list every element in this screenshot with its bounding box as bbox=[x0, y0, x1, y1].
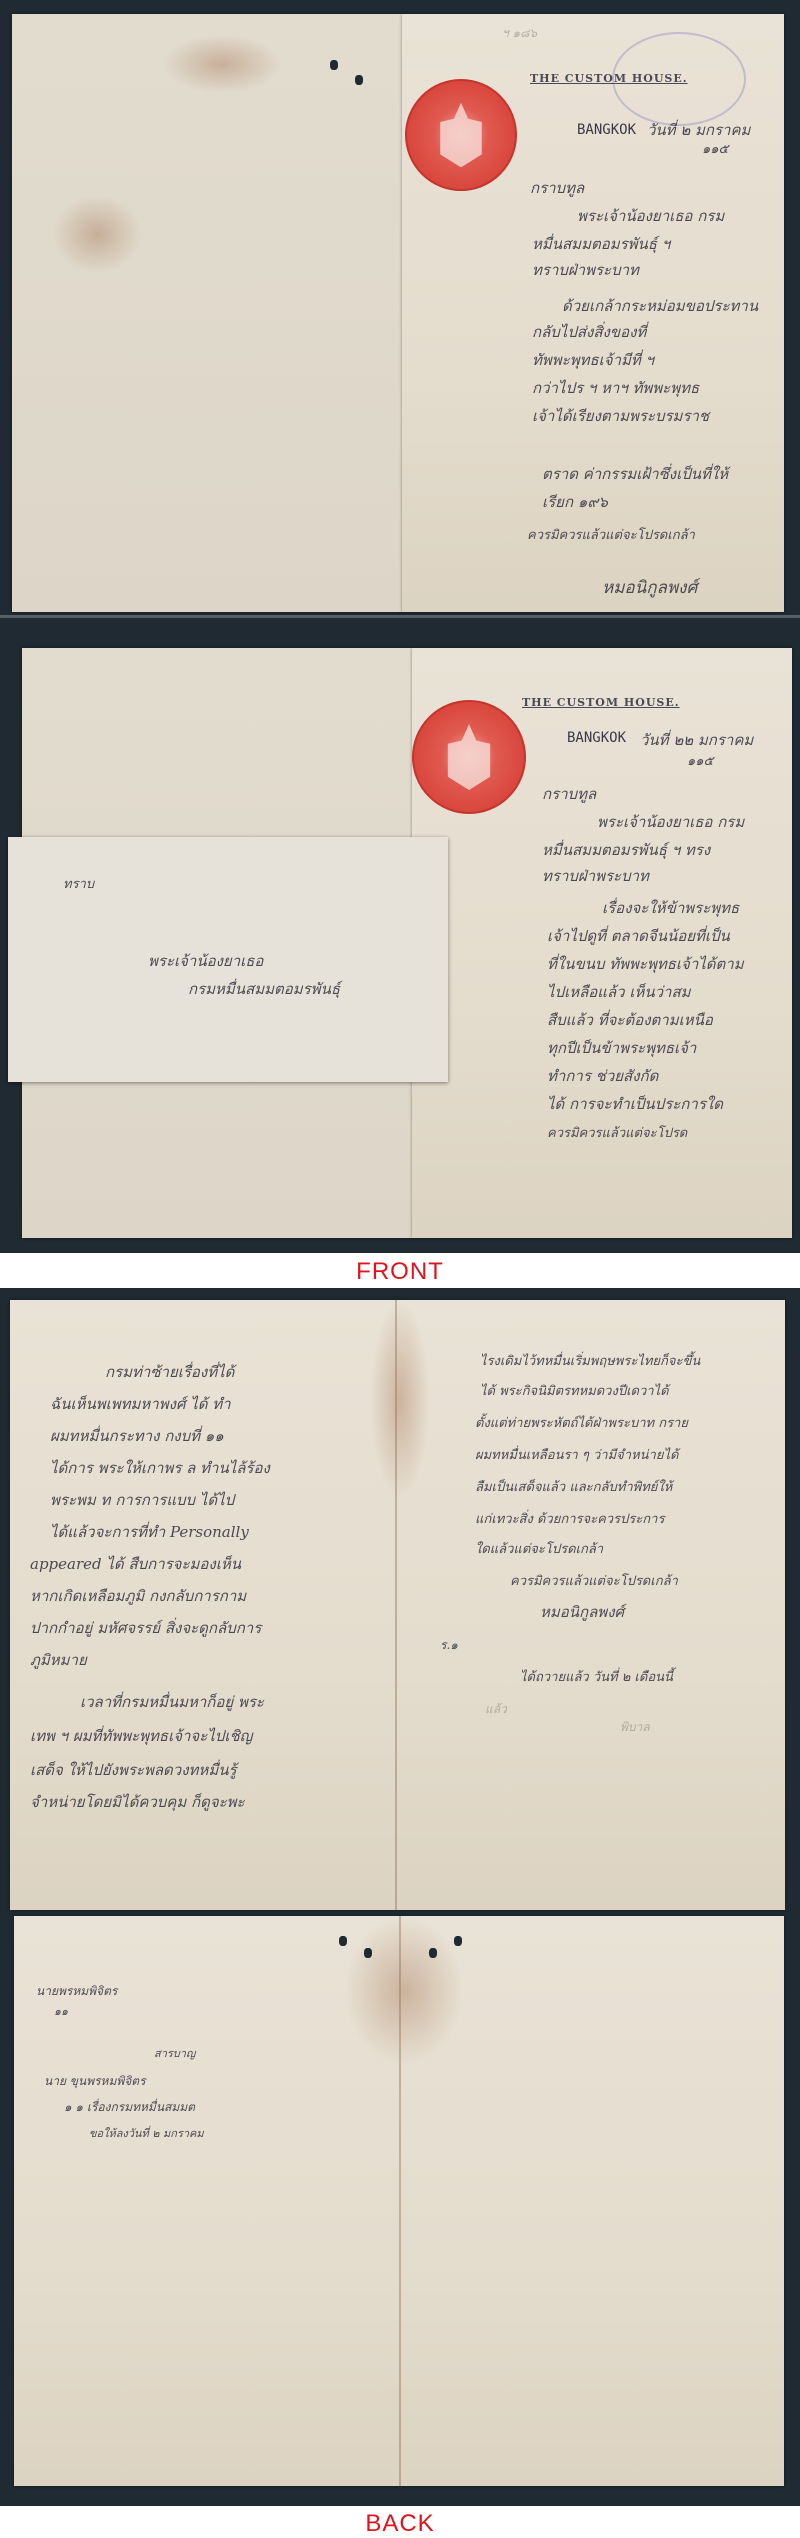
back-lower-sheet: นายพรหมพิจิตร ๑๑ สารบาญ นาย ขุนพรหมพิจิต… bbox=[14, 1916, 784, 2486]
city: BANGKOK bbox=[577, 122, 636, 138]
back-left-line: appeared ได้ สืบการจะมองเห็น bbox=[30, 1552, 241, 1576]
back-label: BACK bbox=[0, 2512, 800, 2536]
back-left-line: เวลาที่กรมหมื่นมหาก็อยู่ พระ bbox=[80, 1690, 264, 1714]
crest-icon bbox=[431, 103, 490, 168]
body-line: กลับไปส่งสิ่งของที่ bbox=[532, 320, 646, 344]
body-line: หมื่นสมมตอมรพันธุ์ ฯ ทรง bbox=[542, 838, 710, 862]
royal-seal bbox=[405, 79, 517, 191]
body-line: ตราด ค่ากรรมเฝ้าซึ่งเป็นที่ให้ bbox=[542, 462, 728, 486]
crest-icon bbox=[439, 724, 500, 790]
back-photo: กรมท่าซ้ายเรื่องที่ได้ ฉันเห็นพเพทมหาพงศ… bbox=[0, 1288, 800, 2506]
faint-text: พิบาล bbox=[620, 1718, 650, 1737]
back-right-line: แก่เทวะสิ่ง ด้วยการจะควรประการ bbox=[475, 1508, 664, 1529]
body-line: ทุกปีเป็นข้าพระพุทธเจ้า bbox=[547, 1036, 696, 1060]
back-left-line: ปากกำอยู่ มหัศจรรย์ สิ่งจะดูกลับการ bbox=[30, 1616, 261, 1640]
back-right-line: ไรงเดิมไว้ทหมื่นเริ่มพฤษพระไทยก็จะขึ้น bbox=[480, 1350, 700, 1371]
sleeve-edge bbox=[0, 615, 800, 618]
body-line: เรียก ๑๙๖ bbox=[542, 490, 608, 514]
body-line: ด้วยเกล้ากระหม่อมขอประทาน bbox=[562, 294, 758, 318]
back-left-line: ได้การ พระให้เกาพร ล ทำนไล้ร้อง bbox=[50, 1456, 270, 1480]
body-line: เจ้าได้เรียงตามพระบรมราช bbox=[532, 404, 709, 428]
back-left-line: กรมท่าซ้ายเรื่องที่ได้ bbox=[105, 1360, 234, 1384]
letter1-left-page bbox=[12, 14, 402, 612]
body-line: พระเจ้าน้องยาเธอ กรม bbox=[597, 810, 744, 834]
binding-hole bbox=[339, 1936, 347, 1946]
back-right-line: ลืมเป็นเสด็จแล้ว และกลับทำพิทย์ให้ bbox=[475, 1476, 672, 1497]
binding-hole bbox=[330, 60, 338, 70]
back-left-line: จำหน่ายโดยมิได้ควบคุม ก็ดูจะพะ bbox=[30, 1790, 245, 1814]
back-left-line: ผมทหมื่นกระทาง กงบที่ ๑๑ bbox=[50, 1424, 224, 1448]
binding-hole bbox=[454, 1936, 462, 1946]
body-line: สืบแล้ว ที่จะต้องตามเหนือ bbox=[547, 1008, 713, 1032]
back-left-line: เทพ ฯ ผมที่ทัพพะพุทธเจ้าจะไปเชิญ bbox=[30, 1724, 252, 1748]
year: ๑๑๕ bbox=[702, 138, 728, 159]
closing: ควรมิควรแล้วแต่จะโปรดเกล้า bbox=[527, 524, 695, 545]
back-closing: ควรมิควรแล้วแต่จะโปรดเกล้า bbox=[510, 1570, 678, 1591]
front-label: FRONT bbox=[0, 1260, 800, 1284]
envelope-line1: พระเจ้าน้องยาเธอ bbox=[148, 949, 263, 973]
lower-line: นายพรหมพิจิตร bbox=[36, 1982, 117, 2001]
body-line: ที่ในขนบ ทัพพะพุทธเจ้าได้ตาม bbox=[547, 952, 744, 976]
back-left-line: ได้แล้วจะการที่ทำ Personally bbox=[50, 1520, 249, 1544]
binding-hole bbox=[364, 1948, 372, 1958]
date-text: วันที่ ๒ มกราคม bbox=[647, 118, 750, 142]
year: ๑๑๕ bbox=[687, 750, 713, 771]
body-line: ไปเหลือแล้ว เห็นว่าสม bbox=[547, 980, 691, 1004]
letter1-right-page: ฯ ๑๘๖ THE CUSTOM HOUSE. BANGKOK วันที่ ๒… bbox=[402, 14, 784, 612]
body-line: หมื่นสมมตอมรพันธุ์ ฯ bbox=[532, 232, 670, 256]
top-mark: ฯ ๑๘๖ bbox=[502, 24, 537, 43]
body-line: เจ้าไปดูที่ ตลาดจีนน้อยที่เป็น bbox=[547, 924, 730, 948]
back-right-line: ผมทหมื่นเหลือนรา ๆ ว่ามีจำหน่ายได้ bbox=[475, 1444, 678, 1465]
back-left-line: เสด็จ ให้ไปยังพระพลดวงทหมื่นรู้ bbox=[30, 1758, 237, 1782]
body-line: ทัพพะพุทธเจ้ามีที่ ฯ bbox=[532, 348, 654, 372]
back-left-line: ฉันเห็นพเพทมหาพงศ์ ได้ ทำ bbox=[50, 1392, 231, 1416]
lower-line: สารบาญ bbox=[154, 2044, 195, 2062]
back-left-line: พระพม ท การการแบบ ได้ไป bbox=[50, 1488, 234, 1512]
lower-line: ขอให้ลงวันที่ ๒ มกราคม bbox=[89, 2124, 204, 2142]
footnote-prefix: ร.๑ bbox=[440, 1636, 458, 1655]
front-photo: ฯ ๑๘๖ THE CUSTOM HOUSE. BANGKOK วันที่ ๒… bbox=[0, 0, 800, 1253]
envelope-prefix: ทราบ bbox=[63, 873, 94, 894]
back-right-line: ได้ พระกิจนิมิตรทหมดวงปีเดวาได้ bbox=[480, 1380, 669, 1401]
signature: หมอนิกูลพงศ์ bbox=[602, 574, 697, 601]
footnote-line: ได้ถวายแล้ว วันที่ ๒ เดือนนี้ bbox=[520, 1666, 673, 1687]
envelope-line2: กรมหมื่นสมมตอมรพันธุ์ bbox=[188, 977, 340, 1001]
lower-line: นาย ขุนพรหมพิจิตร bbox=[44, 2072, 146, 2091]
back-upper-sheet: กรมท่าซ้ายเรื่องที่ได้ ฉันเห็นพเพทมหาพงศ… bbox=[10, 1300, 785, 1910]
faint-text: แล้ว bbox=[485, 1700, 507, 1719]
letterhead: THE CUSTOM HOUSE. bbox=[530, 72, 688, 85]
salutation: กราบทูล bbox=[530, 176, 584, 200]
letterhead: THE CUSTOM HOUSE. bbox=[522, 696, 680, 709]
body-line: เรื่องจะให้ข้าพระพุทธ bbox=[602, 896, 739, 920]
lower-line: ๑๑ bbox=[54, 2002, 68, 2020]
city: BANGKOK bbox=[567, 730, 626, 746]
body-line: ทราบฝ่าพระบาท bbox=[542, 864, 649, 888]
back-right-line: ใดแล้วแต่จะโปรดเกล้า bbox=[475, 1538, 603, 1559]
royal-seal bbox=[412, 700, 526, 814]
back-right-line: ตั้งแต่ท่ายพระหัตถ์ได้ฝ่าพระบาท กราย bbox=[475, 1412, 688, 1433]
envelope: ทราบ พระเจ้าน้องยาเธอ กรมหมื่นสมมตอมรพัน… bbox=[8, 837, 448, 1082]
body-line: ทราบฝ่าพระบาท bbox=[532, 258, 639, 282]
binding-hole bbox=[429, 1948, 437, 1958]
binding-hole bbox=[355, 75, 363, 85]
back-left-line: หากเกิดเหลือมภูมิ กงกลับการกาม bbox=[30, 1584, 246, 1608]
body-line: ทำการ ช่วยสังกัด bbox=[547, 1064, 658, 1088]
body-line: พระเจ้าน้องยาเธอ กรม bbox=[577, 204, 724, 228]
body-line: กว่าไปร ฯ หาฯ ทัพพะพุทธ bbox=[532, 376, 699, 400]
letter2-right-page: THE CUSTOM HOUSE. BANGKOK วันที่ ๒๒ มกรา… bbox=[412, 648, 792, 1238]
back-signature: หมอนิกูลพงศ์ bbox=[540, 1600, 624, 1624]
date-text: วันที่ ๒๒ มกราคม bbox=[640, 728, 753, 752]
back-left-line: ภูมิหมาย bbox=[30, 1648, 87, 1672]
body-line: ควรมิควรแล้วแต่จะโปรด bbox=[547, 1122, 687, 1143]
body-line: ได้ การจะทำเป็นประการใด bbox=[547, 1092, 723, 1116]
salutation: กราบทูล bbox=[542, 782, 596, 806]
lower-line: ๑ ๑ เรื่องกรมทหมื่นสมมต bbox=[64, 2098, 195, 2117]
